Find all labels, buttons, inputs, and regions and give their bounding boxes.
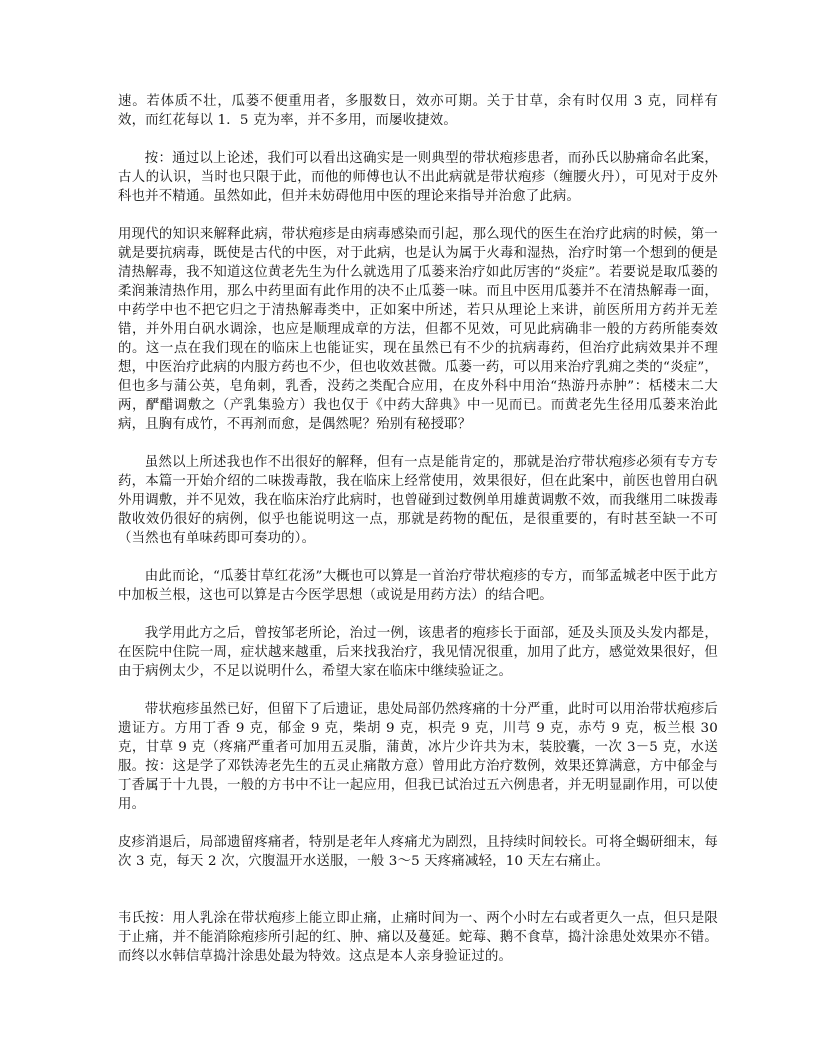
paragraph-scorpion-remedy: 皮疹消退后，局部遗留疼痛者，特别是老年人疼痛尤为剧烈，且持续时间较长。可将全蝎研… (118, 833, 718, 871)
paragraph-case-experience: 我学用此方之后，曾按邹老所论，治过一例，该患者的疱疹长于面部，延及头顶及头发内都… (118, 624, 718, 681)
paragraph-special-formula: 虽然以上所述我也作不出很好的解释，但有一点是能肯定的，那就是治疗带状疱疹必须有专… (118, 453, 718, 548)
paragraph-modern-explanation: 用现代的知识来解释此病，带状疱疹是由病毒感染而引起，那么现代的医生在治疗此病的时… (118, 225, 718, 434)
paragraph-wei-note: 韦氏按：用人乳涂在带状疱疹上能立即止痛，止痛时间为一、两个小时左右或者更久一点，… (118, 909, 718, 966)
paragraph-commentary-intro: 按：通过以上论述，我们可以看出这确实是一则典型的带状疱疹患者，而孙氏以胁痛命名此… (118, 149, 718, 206)
document-page: 速。若体质不壮，瓜蒌不便重用者，多服数日，效亦可期。关于甘草，余有时仅用 3 克… (118, 92, 718, 966)
paragraph-continuation: 速。若体质不壮，瓜蒌不便重用者，多服数日，效亦可期。关于甘草，余有时仅用 3 克… (118, 92, 718, 130)
paragraph-sequelae-formula: 带状疱疹虽然已好，但留下了后遗证，患处局部仍然疼痛的十分严重，此时可以用治带状疱… (118, 700, 718, 814)
paragraph-gualou-decoction: 由此而论，“瓜蒌甘草红花汤”大概也可以算是一首治疗带状疱疹的专方，而邹孟城老中医… (118, 567, 718, 605)
